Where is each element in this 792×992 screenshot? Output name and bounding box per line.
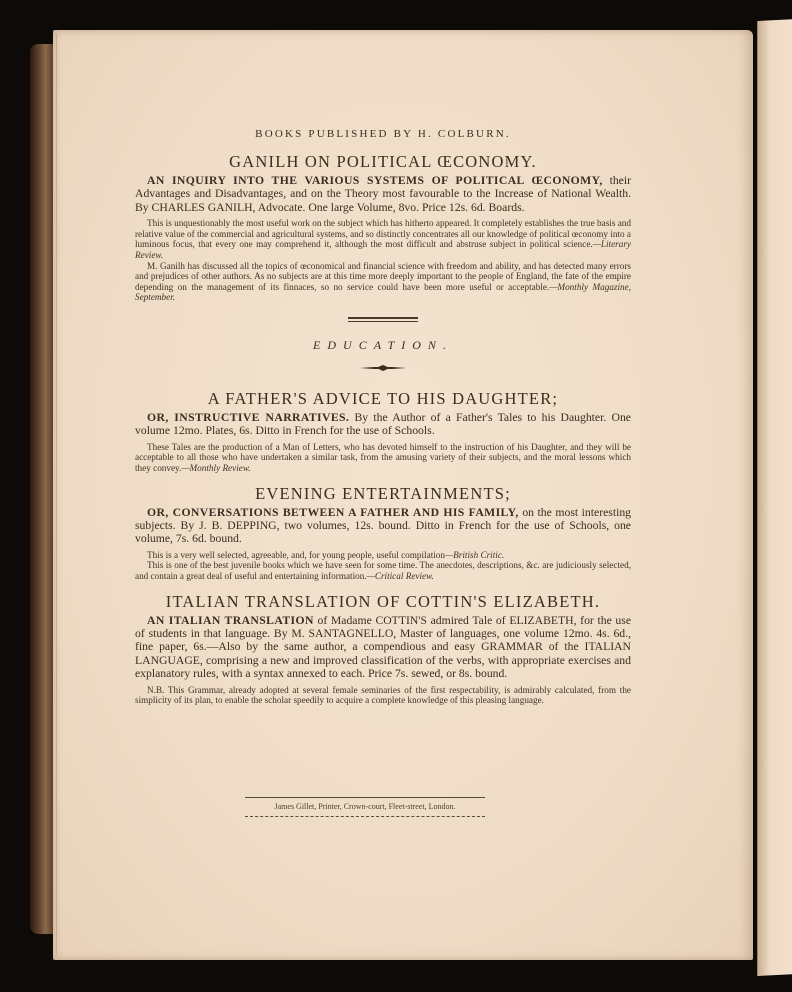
- book-subtitle: OR, INSTRUCTIVE NARRATIVES.: [147, 411, 349, 424]
- review-source: —British Critic.: [445, 550, 504, 560]
- double-rule-divider: [348, 317, 418, 322]
- book-title: A FATHER'S ADVICE TO HIS DAUGHTER;: [135, 389, 631, 409]
- book-subtitle: AN INQUIRY INTO THE VARIOUS SYSTEMS OF P…: [147, 174, 603, 187]
- ornament-divider-icon: [360, 365, 406, 371]
- book-entry-evening-entertainments: EVENING ENTERTAINMENTS; OR, CONVERSATION…: [135, 484, 631, 582]
- book-description: OR, INSTRUCTIVE NARRATIVES. By the Autho…: [135, 411, 631, 438]
- review: This is unquestionably the most useful w…: [135, 218, 631, 260]
- book-entry-italian-translation: ITALIAN TRANSLATION OF COTTIN'S ELIZABET…: [135, 592, 631, 706]
- review: M. Ganilh has discussed all the topics o…: [135, 261, 631, 303]
- review: These Tales are the production of a Man …: [135, 442, 631, 474]
- section-heading-education: EDUCATION.: [135, 338, 631, 353]
- book-subtitle: AN ITALIAN TRANSLATION: [147, 614, 314, 627]
- book-subtitle: OR, CONVERSATIONS BETWEEN A FATHER AND H…: [147, 506, 519, 519]
- review-source: —Critical Review.: [367, 571, 434, 581]
- book-title: ITALIAN TRANSLATION OF COTTIN'S ELIZABET…: [135, 592, 631, 612]
- review-source: —Monthly Review.: [181, 463, 250, 473]
- review: This is a very well selected, agreeable,…: [135, 550, 631, 561]
- review: This is one of the best juvenile books w…: [135, 560, 631, 581]
- book-description: AN INQUIRY INTO THE VARIOUS SYSTEMS OF P…: [135, 174, 631, 214]
- book-title: EVENING ENTERTAINMENTS;: [135, 484, 631, 504]
- publisher-header: BOOKS PUBLISHED BY H. COLBURN.: [135, 128, 631, 140]
- review-note: N.B. This Grammar, already adopted at se…: [135, 685, 631, 706]
- page-gutter-line: [56, 34, 57, 954]
- book-entry-fathers-advice: A FATHER'S ADVICE TO HIS DAUGHTER; OR, I…: [135, 389, 631, 474]
- book-description: OR, CONVERSATIONS BETWEEN A FATHER AND H…: [135, 506, 631, 546]
- page-content: BOOKS PUBLISHED BY H. COLBURN. GANILH ON…: [135, 128, 631, 716]
- facing-page-edge: [757, 19, 792, 976]
- book-entry-ganilh: GANILH ON POLITICAL ŒCONOMY. AN INQUIRY …: [135, 152, 631, 303]
- book-title: GANILH ON POLITICAL ŒCONOMY.: [135, 152, 631, 172]
- book-description: AN ITALIAN TRANSLATION of Madame COTTIN'…: [135, 614, 631, 681]
- printer-imprint: James Gillet, Printer, Crown-court, Flee…: [245, 797, 485, 817]
